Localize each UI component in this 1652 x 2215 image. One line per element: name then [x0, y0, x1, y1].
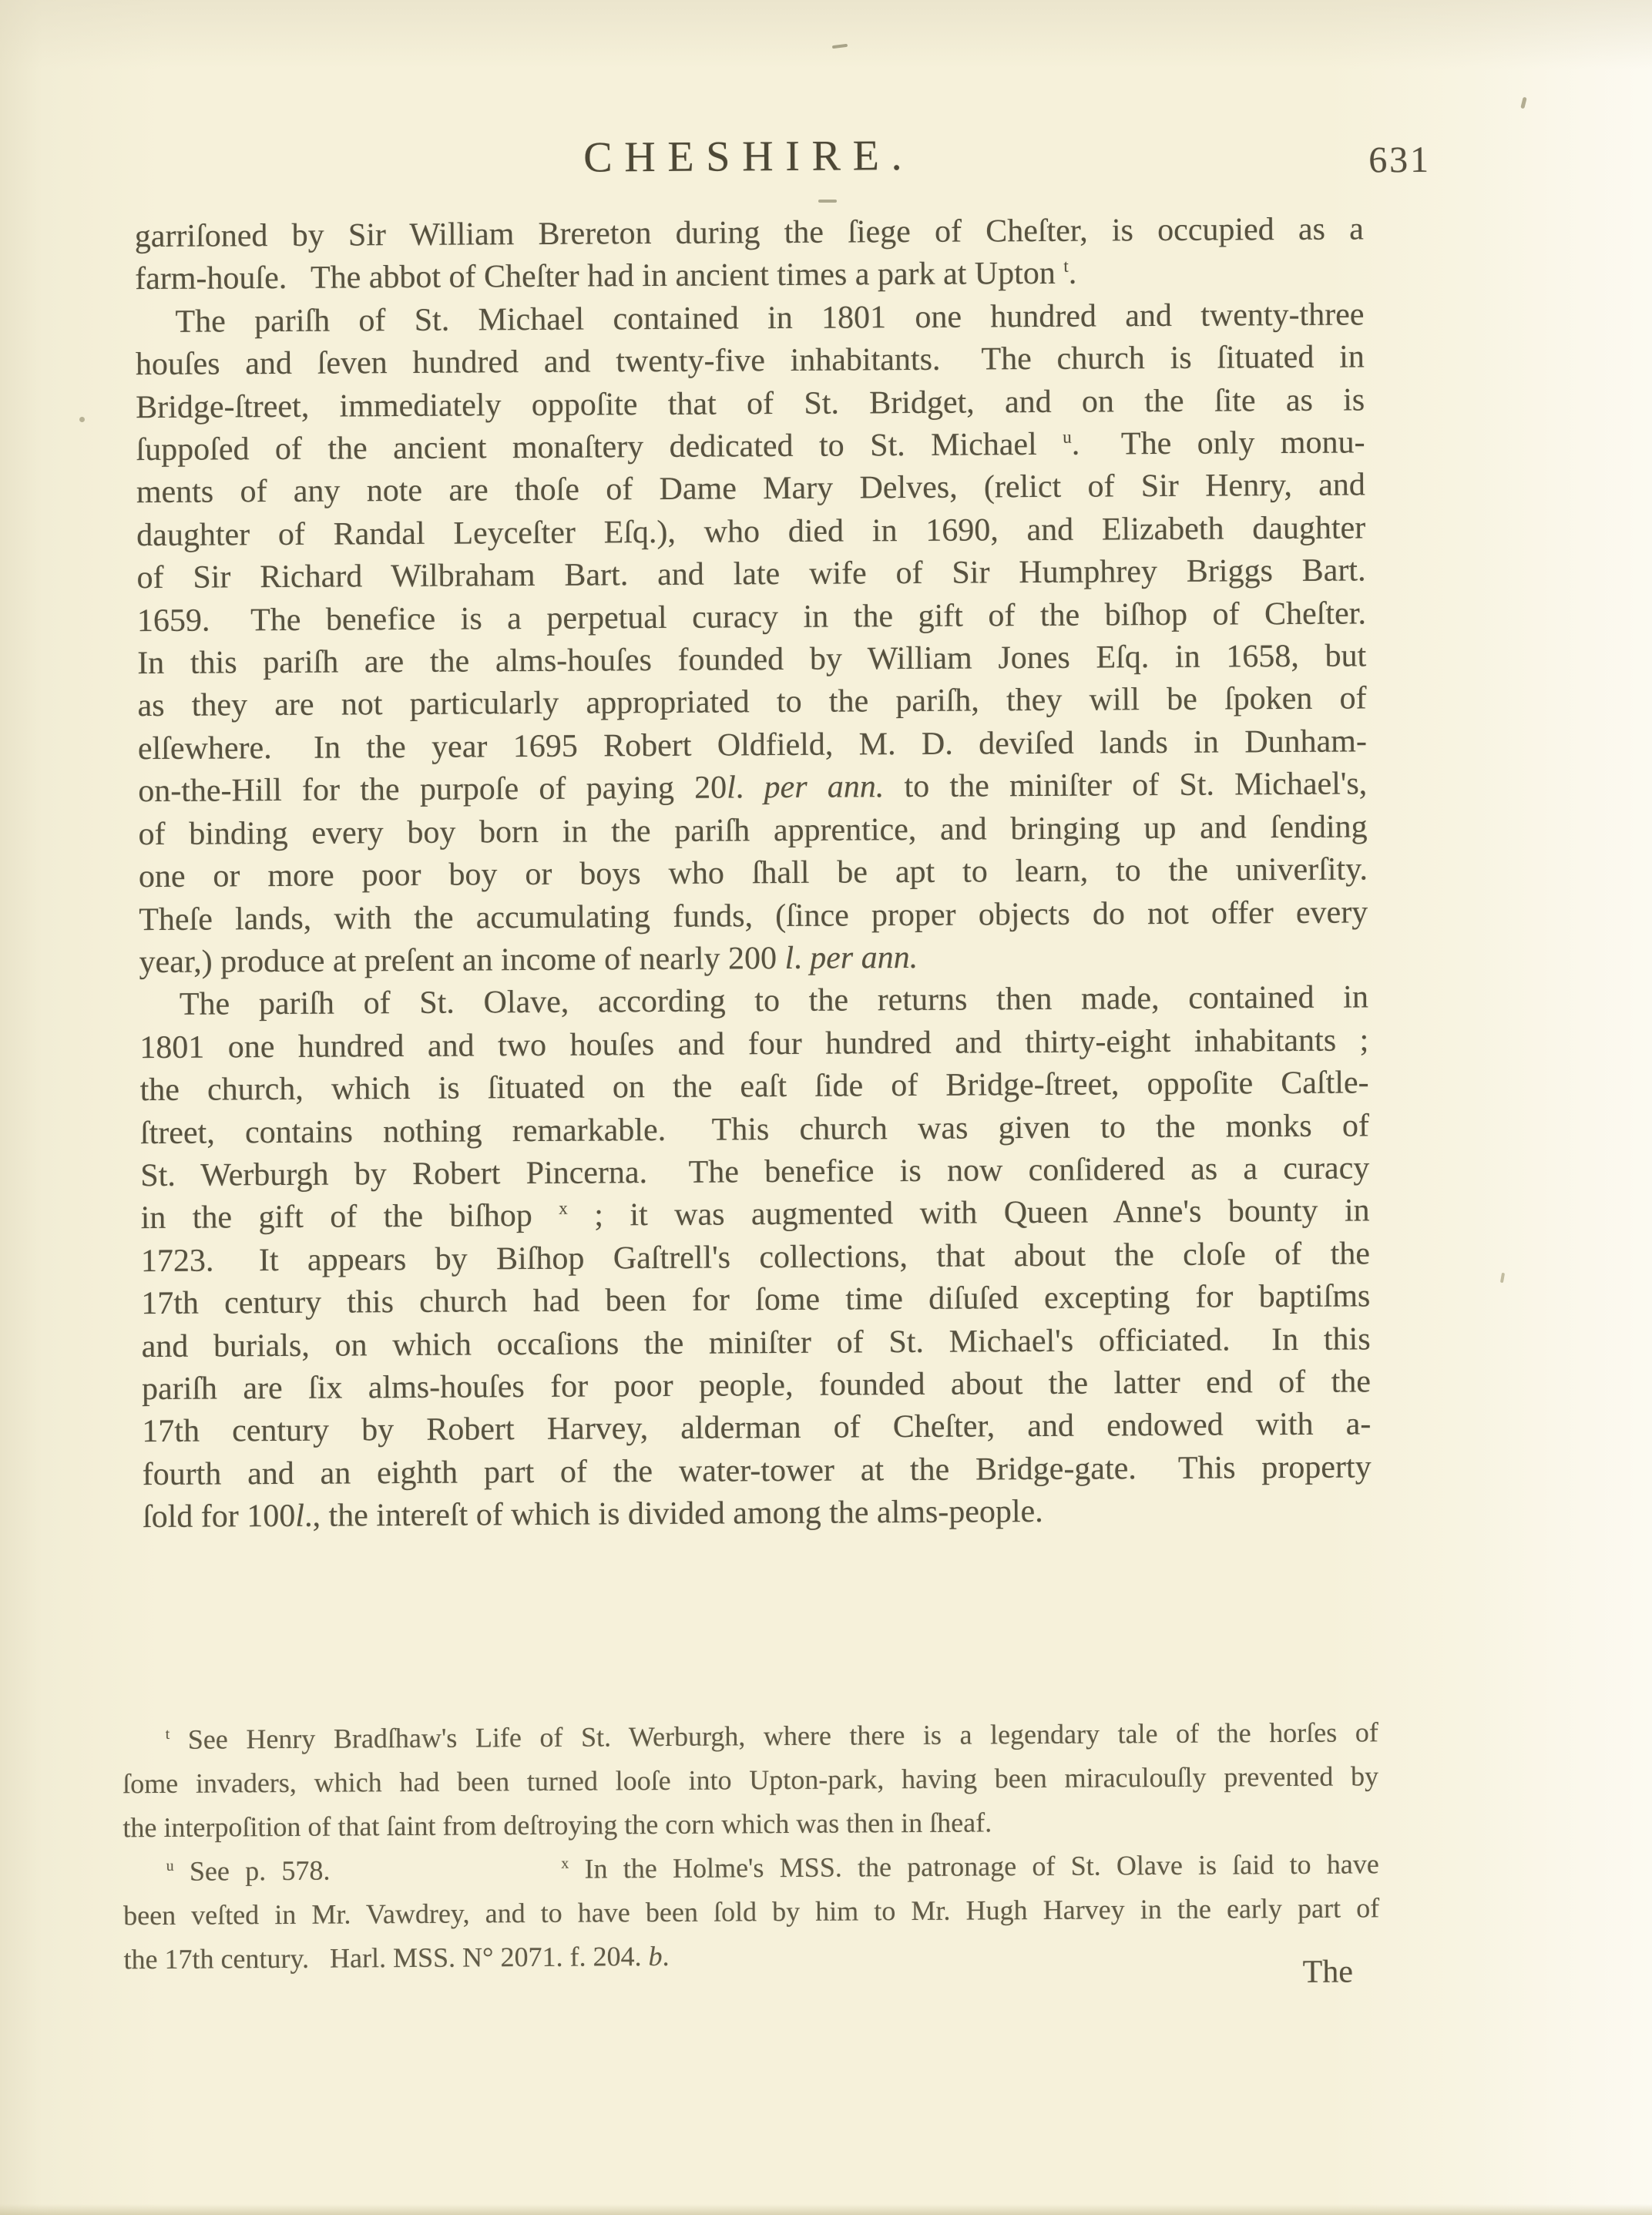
italic-text: l — [727, 770, 736, 806]
text-line: in the gift of the biſhop x ; it was aug… — [140, 1190, 1369, 1240]
text-line: garriſoned by Sir William Brereton durin… — [135, 208, 1364, 258]
footnote-marker: t — [166, 1726, 170, 1743]
text-line: ſuppoſed of the ancient monaſtery dedica… — [136, 421, 1365, 472]
column-gap — [330, 1878, 561, 1880]
text-line: ments of any note are thoſe of Dame Mary… — [136, 465, 1365, 515]
italic-text: per ann. — [764, 769, 884, 805]
text-line: 1801 one hundred and two houſes and four… — [139, 1019, 1368, 1069]
catchword: The — [1302, 1954, 1353, 1991]
text-line: Bridge-ſtreet, immediately oppoſite that… — [136, 379, 1365, 429]
text-line: St. Werburgh by Robert Pincerna. The ben… — [140, 1147, 1369, 1197]
page-header: CHESHIRE. — [134, 128, 1363, 185]
footnote-marker: x — [559, 1198, 568, 1218]
text-line: ſold for 100l., the intereſt of which is… — [143, 1489, 1372, 1539]
text-line: In this pariſh are the alms-houſes found… — [137, 635, 1366, 685]
text-line: on-the-Hill for the purpoſe of paying 20… — [138, 764, 1367, 814]
ink-speck — [79, 417, 85, 422]
text-line: as they are not particularly appropriate… — [137, 678, 1366, 728]
italic-text: per ann. — [810, 940, 918, 976]
footnote-marker: u — [1063, 427, 1072, 447]
text-line: farm-houſe. The abbot of Cheſter had in … — [135, 251, 1364, 301]
main-text: garriſoned by Sir William Brereton durin… — [135, 208, 1372, 1539]
text-line: elſewhere. In the year 1695 Robert Oldfi… — [138, 720, 1367, 770]
footnote-marker: x — [561, 1855, 569, 1872]
text-line: of binding every boy born in the pariſh … — [138, 806, 1367, 856]
text-line: pariſh are ſix alms-houſes for poor peop… — [142, 1361, 1371, 1411]
text-line: The pariſh of St. Michael contained in 1… — [135, 294, 1364, 344]
text-line: 17th century this church had been for ſo… — [141, 1276, 1370, 1326]
italic-text: b — [648, 1941, 662, 1972]
text-line: 17th century by Robert Harvey, alderman … — [142, 1404, 1371, 1454]
text-line: ſome invaders, which had been turned loo… — [123, 1754, 1378, 1806]
text-line: of Sir Richard Wilbraham Bart. and late … — [136, 550, 1365, 600]
text-line: t See Henry Bradſhaw's Life of St. Werbu… — [123, 1710, 1378, 1762]
ink-speck — [818, 200, 837, 203]
text-line: houſes and ſeven hundred and twenty-five… — [136, 337, 1365, 387]
text-line: Theſe lands, with the accumulating funds… — [139, 891, 1368, 941]
text-line: daughter of Randal Leyceſter Eſq.), who … — [136, 507, 1365, 557]
text-line: the 17th century. Harl. MSS. N° 2071. f.… — [123, 1930, 1379, 1982]
text-line: The pariſh of St. Olave, according to th… — [139, 977, 1368, 1027]
book-page: CHESHIRE. 631 garriſoned by Sir William … — [0, 0, 1652, 2215]
page-number: 631 — [1368, 139, 1431, 181]
text-line: fourth and an eighth part of the water-t… — [143, 1446, 1372, 1496]
text-line: ſtreet, contains nothing remarkable. Thi… — [140, 1105, 1369, 1155]
scanned-text-block: CHESHIRE. 631 garriſoned by Sir William … — [0, 0, 1652, 2215]
italic-text: l — [784, 941, 794, 976]
text-line: u See p. 578.x In the Holme's MSS. the p… — [123, 1842, 1379, 1894]
text-line: the interpoſition of that ſaint from deſ… — [123, 1798, 1378, 1850]
italic-text: l — [295, 1498, 304, 1534]
text-line: 1659. The benefice is a perpetual curacy… — [137, 592, 1366, 643]
footnotes: t See Henry Bradſhaw's Life of St. Werbu… — [123, 1710, 1380, 1982]
footnote-marker: t — [1063, 256, 1069, 276]
text-line: the church, which is ſituated on the eaſ… — [139, 1062, 1368, 1112]
text-line: one or more poor boy or boys who ſhall b… — [139, 848, 1368, 898]
footnote-marker: u — [166, 1858, 174, 1874]
text-line: 1723. It appears by Biſhop Gaſtrell's co… — [141, 1233, 1370, 1283]
text-line: been veſted in Mr. Vawdrey, and to have … — [123, 1886, 1379, 1938]
text-line: and burials, on which occaſions the mini… — [141, 1318, 1370, 1368]
page-title: CHESHIRE. — [583, 132, 914, 182]
text-line: year,) produce at preſent an income of n… — [139, 934, 1368, 984]
